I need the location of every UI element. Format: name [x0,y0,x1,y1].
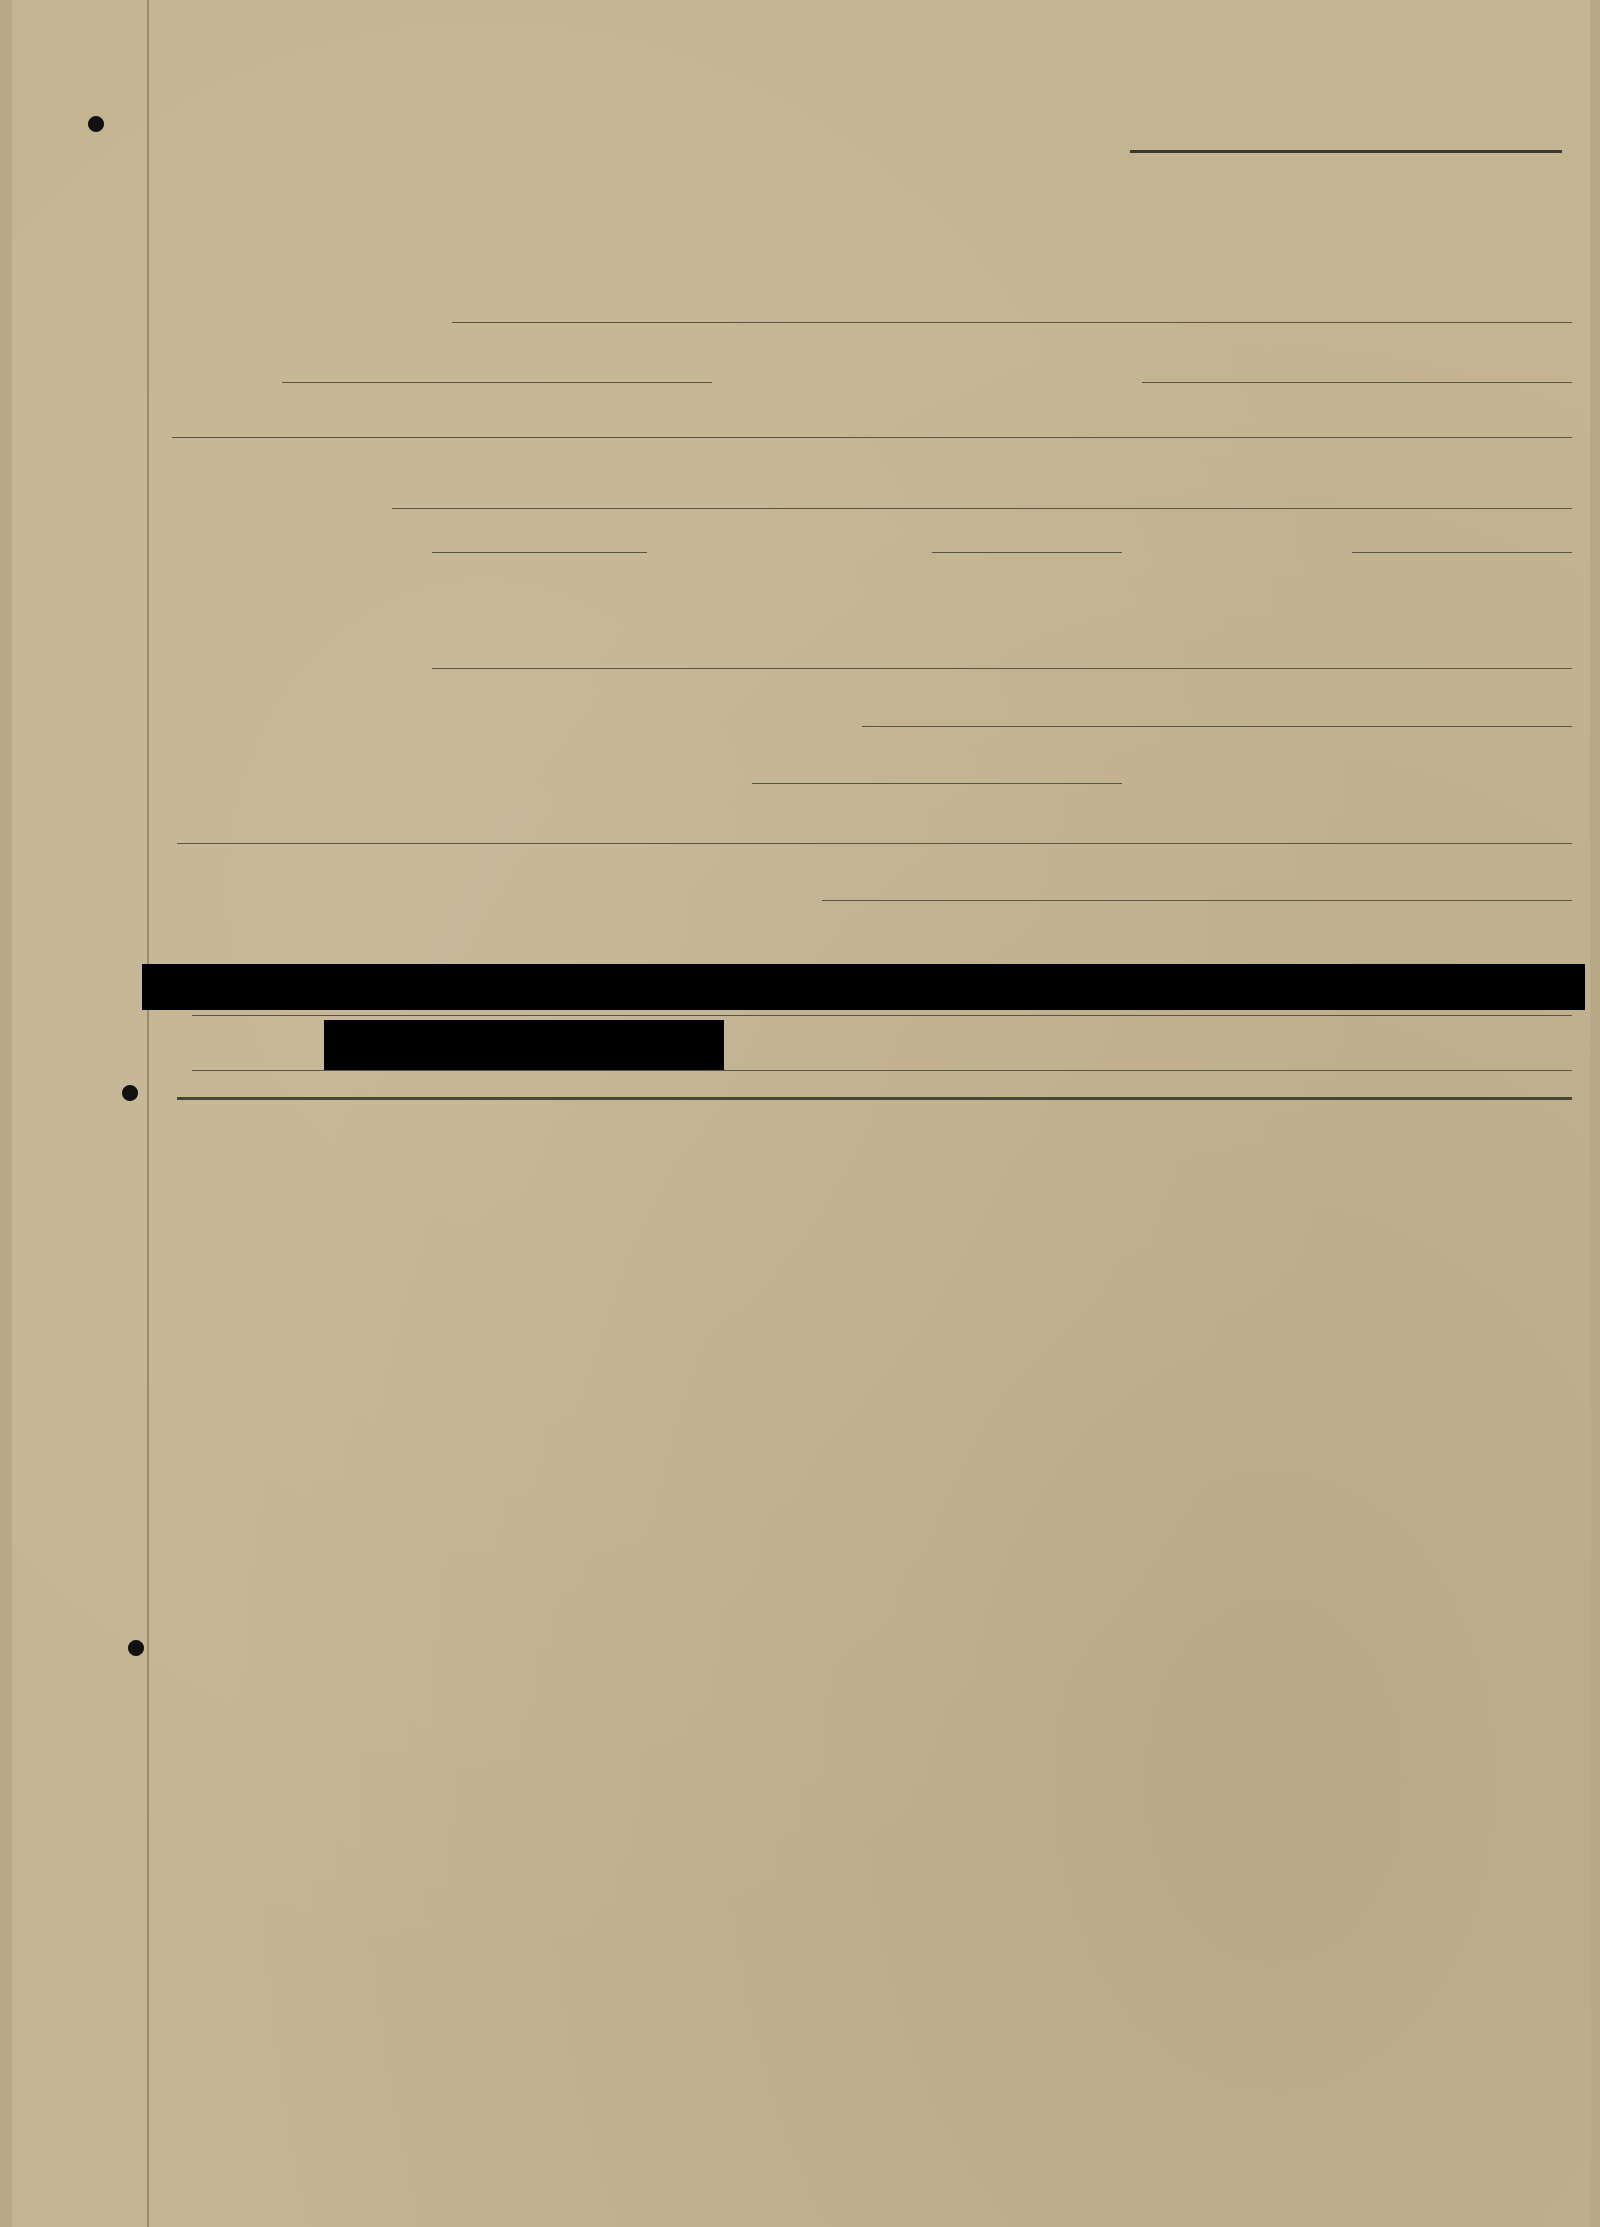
punch-hole-bottom [128,1640,144,1656]
address-redaction-box [324,1020,724,1070]
address-redaction-bar [142,964,1585,1010]
binding-margin-text [82,680,122,1780]
field-11-line [822,900,1572,901]
field-4-line [432,552,647,553]
presented-line [392,508,1572,509]
field-12-line-2 [192,1070,1572,1071]
field-9-line [752,783,1122,784]
field-6-line [1352,552,1572,553]
section-divider [177,1097,1572,1100]
field-2-line [282,382,712,383]
field-10-line [177,843,1572,844]
field-1-line [452,322,1572,323]
position-line-2 [172,437,1572,438]
field-8-line [862,726,1572,727]
field-7-line [432,668,1572,669]
punch-hole-top [88,116,104,132]
award-sheet-page [12,0,1590,2227]
field-3-line [1142,382,1572,383]
field-5-line [932,552,1122,553]
instruction-underline [1130,150,1562,153]
field-12-line-1 [192,1015,1572,1016]
margin-fold-line [147,0,149,2227]
punch-hole-middle [122,1085,138,1101]
